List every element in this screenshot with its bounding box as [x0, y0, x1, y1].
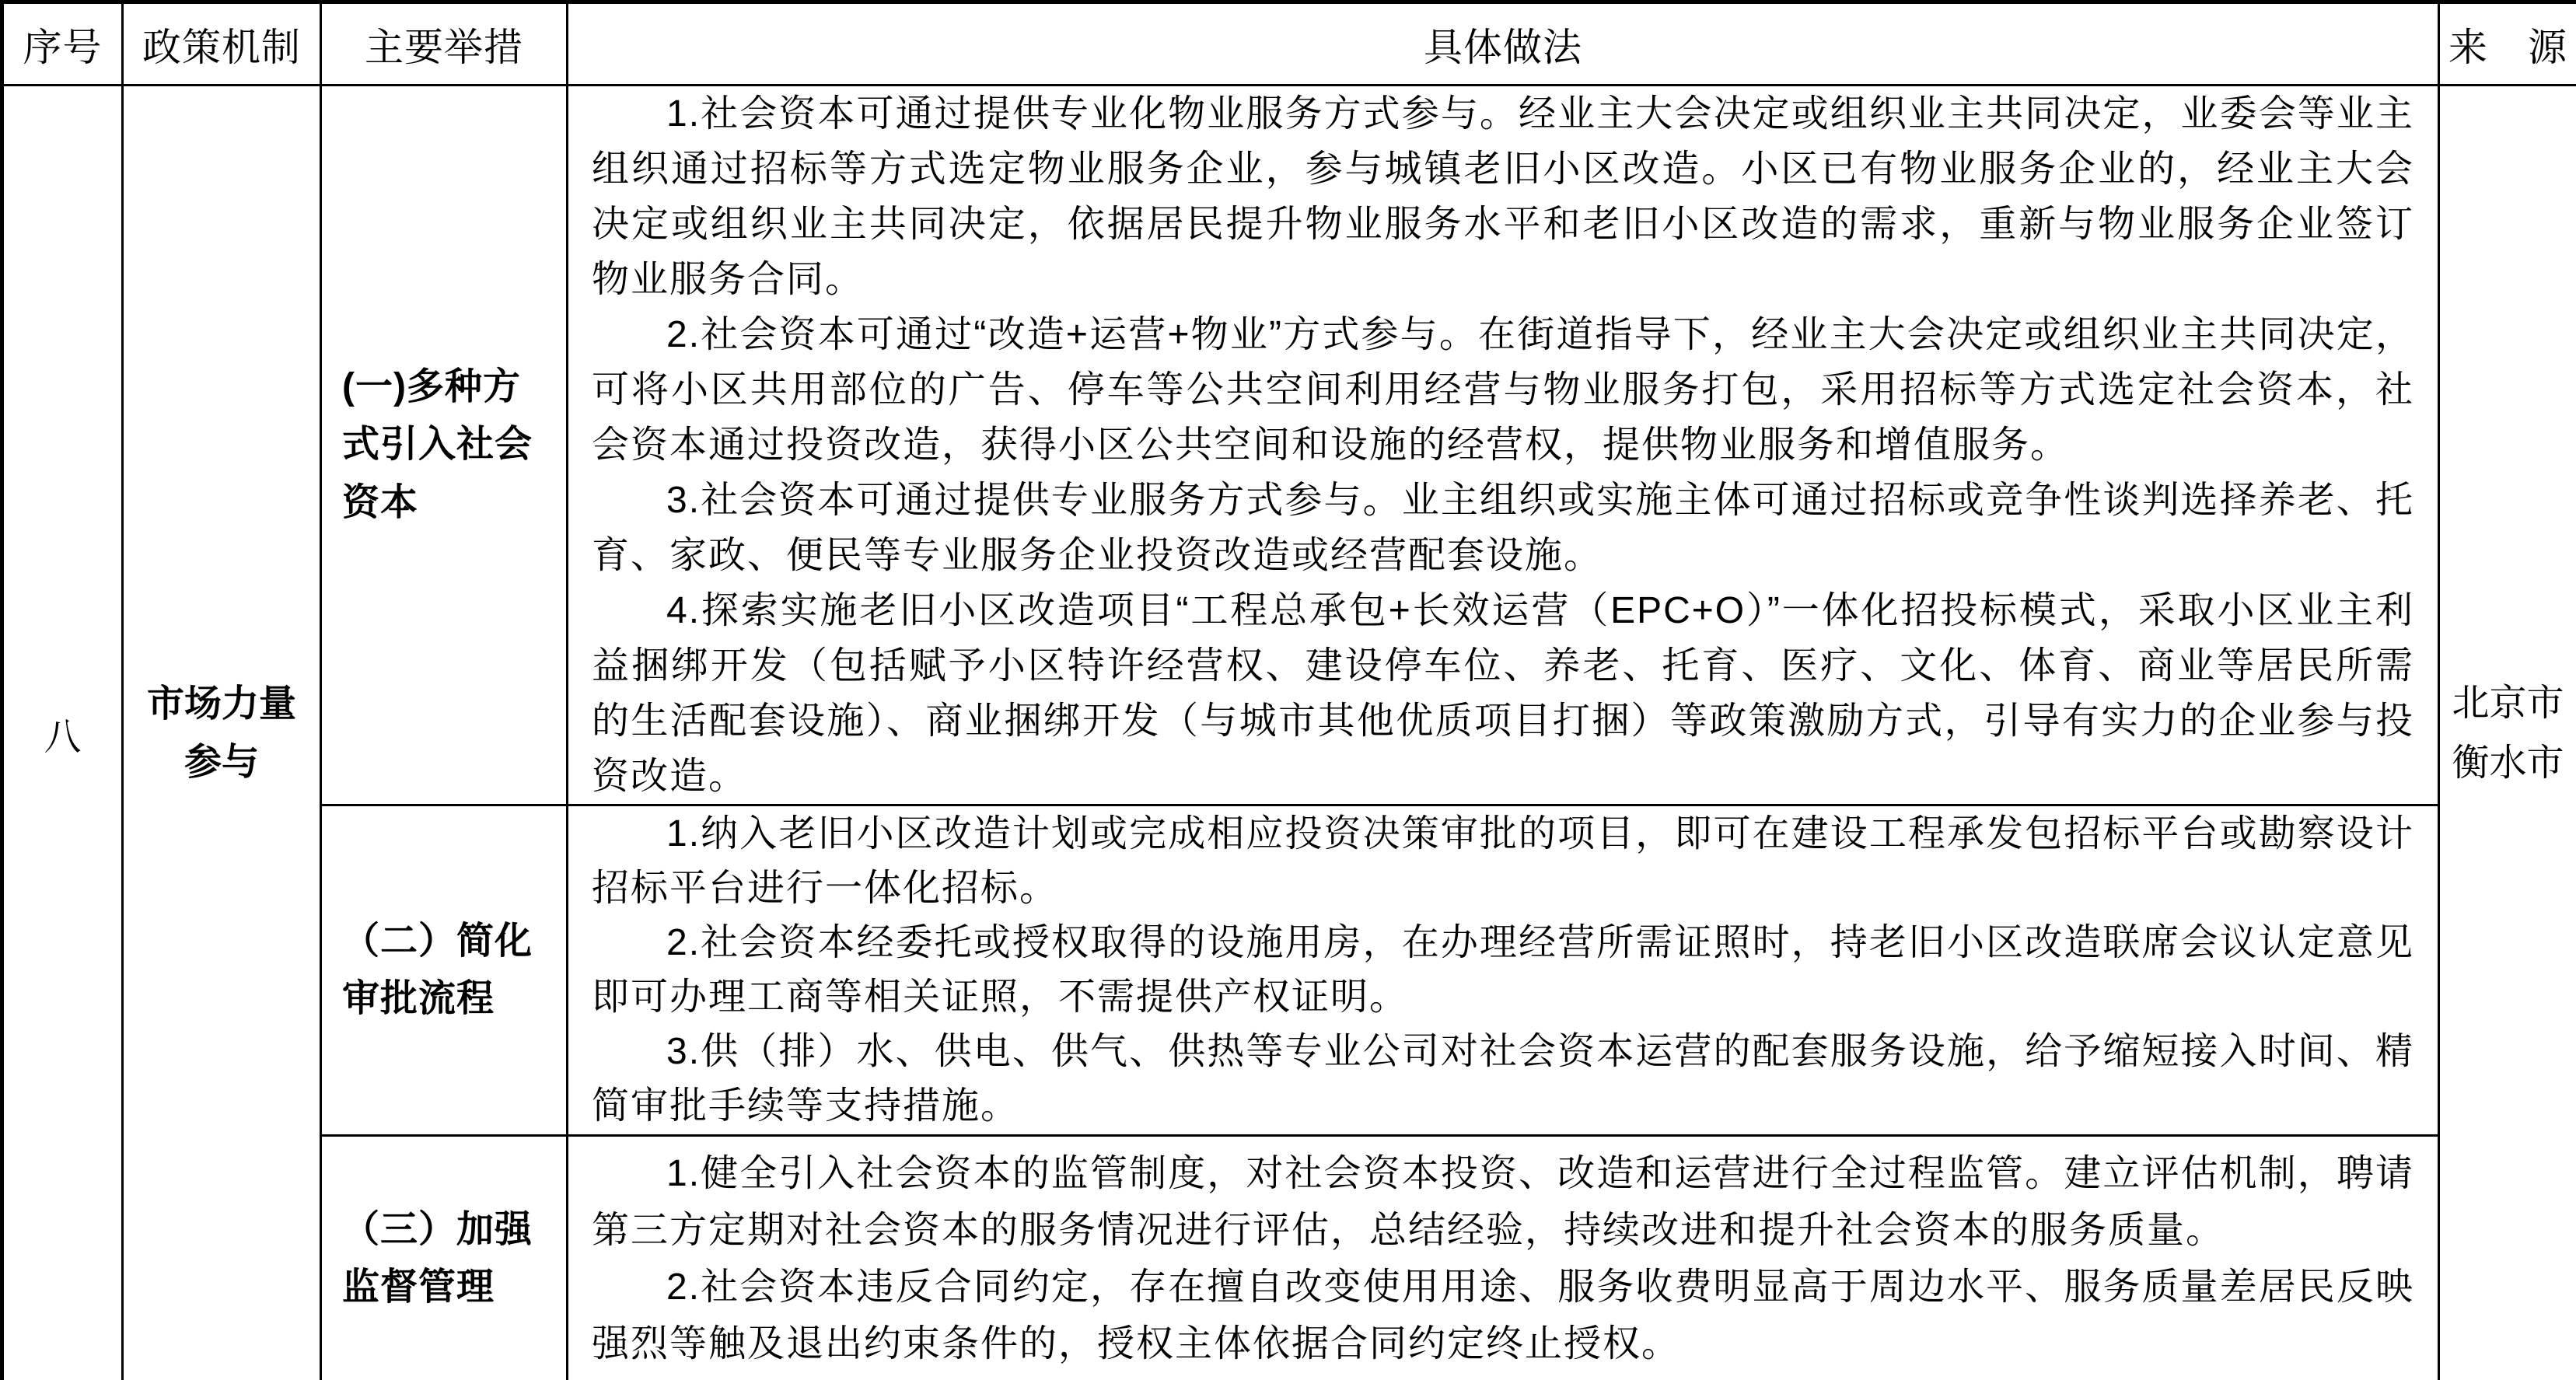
- paragraph: 1.社会资本可通过提供专业化物业服务方式参与。经业主大会决定或组织业主共同决定，…: [592, 86, 2414, 307]
- measure-label-1: (一)多种方式引入社会资本: [321, 86, 568, 805]
- paragraph: 3.供（排）水、供电、供气、供热等专业公司对社会资本运营的配套服务设施，给予缩短…: [592, 1025, 2414, 1134]
- mechanism-cell: 市场力量参与: [123, 86, 321, 1380]
- measure-label-3: （三）加强监督管理: [321, 1136, 568, 1380]
- document-page: 序号 政策机制 主要举措 具体做法 来 源 八 市场力量参与 (一)多种方式引入…: [0, 0, 2576, 1380]
- table-row: （二）简化审批流程 1.纳入老旧小区改造计划或完成相应投资决策审批的项目，即可在…: [2, 805, 2576, 1136]
- paragraph: 2.社会资本可通过“改造+运营+物业”方式参与。在街道指导下，经业主大会决定或组…: [592, 307, 2414, 473]
- paragraph: 1.纳入老旧小区改造计划或完成相应投资决策审批的项目，即可在建设工程承发包招标平…: [592, 807, 2414, 916]
- serial-cell: 八: [2, 86, 123, 1380]
- header-row: 序号 政策机制 主要举措 具体做法 来 源: [2, 2, 2576, 86]
- header-serial: 序号: [2, 2, 123, 86]
- header-mechanism: 政策机制: [123, 2, 321, 86]
- practices-cell-2: 1.纳入老旧小区改造计划或完成相应投资决策审批的项目，即可在建设工程承发包招标平…: [568, 805, 2439, 1136]
- source-line-1: 北京市: [2441, 674, 2575, 734]
- source-cell: 北京市 衡水市: [2439, 86, 2576, 1380]
- paragraph: 4.探索实施老旧小区改造项目“工程总承包+长效运营（EPC+O）”一体化招投标模…: [592, 583, 2414, 804]
- header-measures: 主要举措: [321, 2, 568, 86]
- paragraph: 2.社会资本违反合同约定，存在擅自改变使用用途、服务收费明显高于周边水平、服务质…: [592, 1259, 2414, 1372]
- source-line-2: 衡水市: [2441, 734, 2575, 794]
- header-practices: 具体做法: [568, 2, 2439, 86]
- table-row: 八 市场力量参与 (一)多种方式引入社会资本 1.社会资本可通过提供专业化物业服…: [2, 86, 2576, 805]
- paragraph: 1.健全引入社会资本的监管制度，对社会资本投资、改造和运营进行全过程监管。建立评…: [592, 1145, 2414, 1259]
- paragraph: 2.社会资本经委托或授权取得的设施用房，在办理经营所需证照时，持老旧小区改造联席…: [592, 916, 2414, 1025]
- measure-label-2: （二）简化审批流程: [321, 805, 568, 1136]
- paragraph: 3.社会资本可通过提供专业服务方式参与。业主组织或实施主体可通过招标或竞争性谈判…: [592, 473, 2414, 583]
- table-row: （三）加强监督管理 1.健全引入社会资本的监管制度，对社会资本投资、改造和运营进…: [2, 1136, 2576, 1380]
- policy-table: 序号 政策机制 主要举措 具体做法 来 源 八 市场力量参与 (一)多种方式引入…: [0, 0, 2576, 1380]
- header-source: 来 源: [2439, 2, 2576, 86]
- practices-cell-1: 1.社会资本可通过提供专业化物业服务方式参与。经业主大会决定或组织业主共同决定，…: [568, 86, 2439, 805]
- practices-cell-3: 1.健全引入社会资本的监管制度，对社会资本投资、改造和运营进行全过程监管。建立评…: [568, 1136, 2439, 1380]
